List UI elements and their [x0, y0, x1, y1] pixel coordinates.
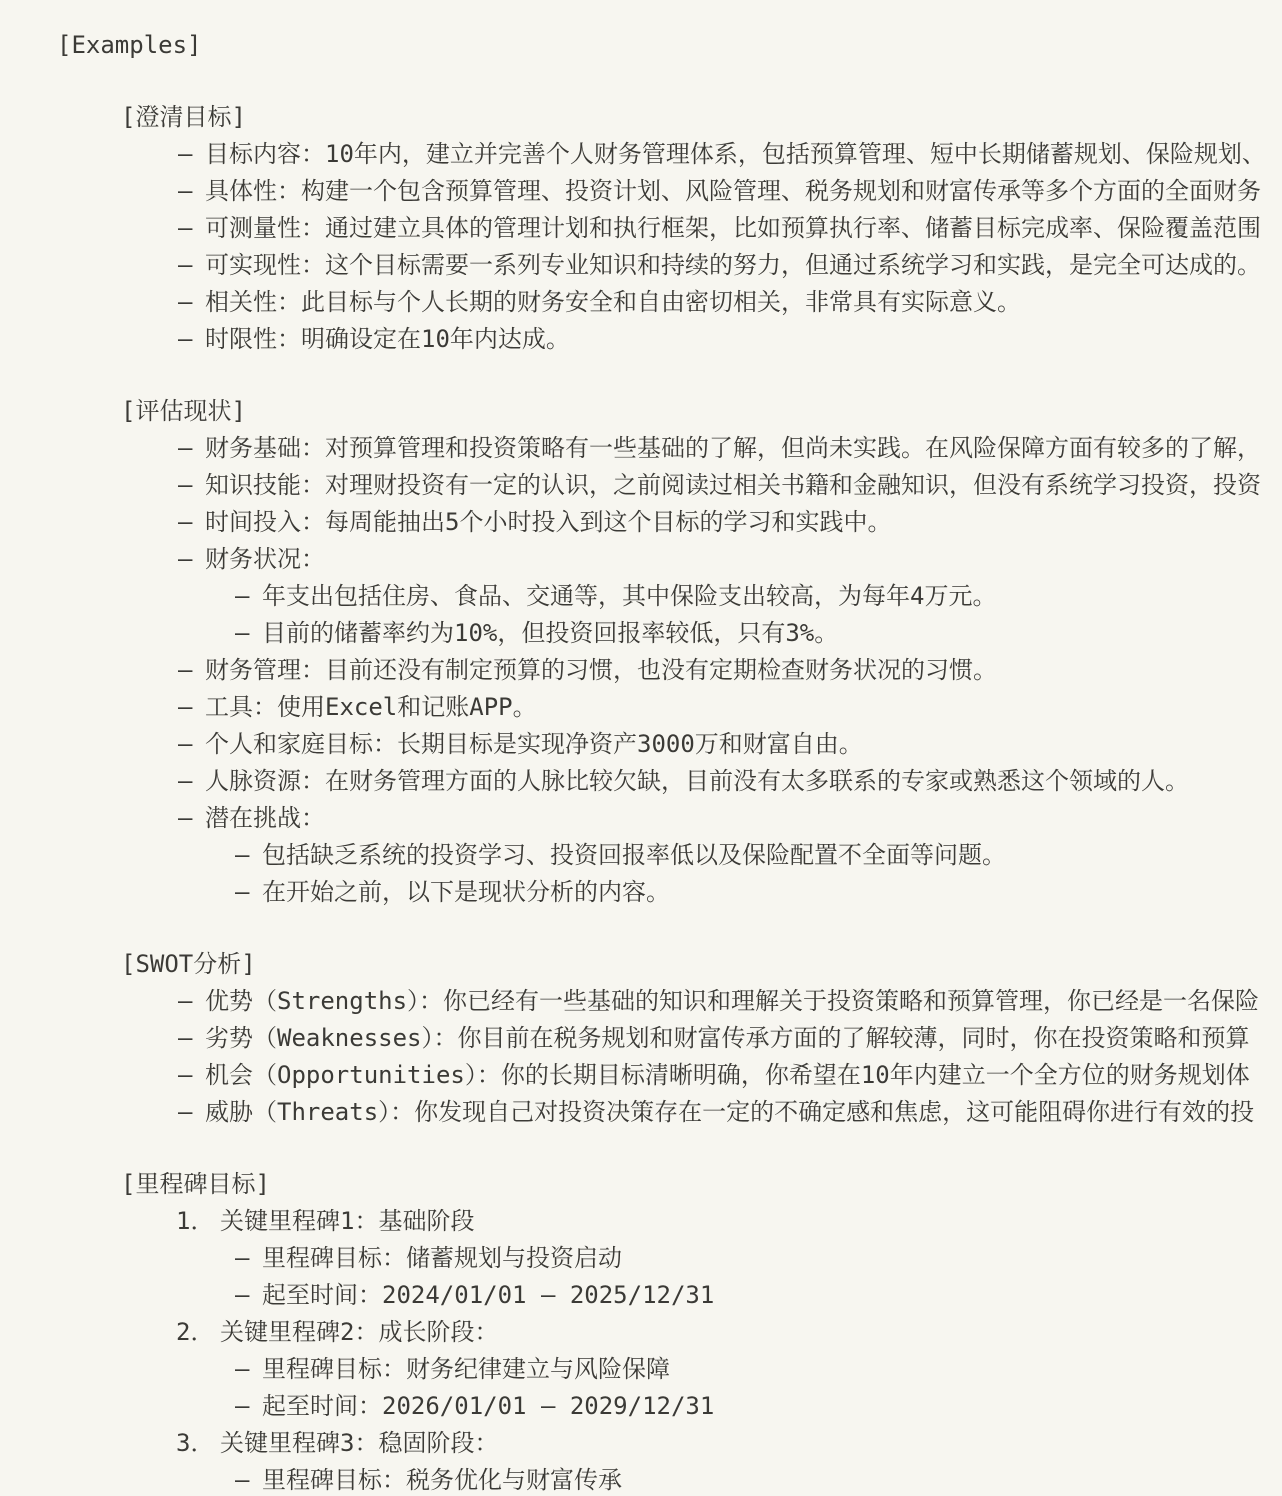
dash-bullet-marker: –: [235, 837, 262, 874]
dash-bullet-marker: –: [178, 541, 205, 578]
item-text: 财务管理：目前还没有制定预算的习惯，也没有定期检查财务状况的习惯。: [205, 652, 997, 689]
dash-bullet-marker: –: [235, 1277, 262, 1314]
bullet-item: –年支出包括住房、食品、交通等，其中保险支出较高，为每年4万元。: [0, 578, 1282, 615]
item-text: 可测量性：通过建立具体的管理计划和执行框架，比如预算执行率、储蓄目标完成率、保险…: [205, 210, 1261, 247]
dash-bullet-marker: –: [235, 1462, 262, 1496]
bullet-item: –优势（Strengths）：你已经有一些基础的知识和理解关于投资策略和预算管理…: [0, 983, 1282, 1020]
item-text: 可实现性：这个目标需要一系列专业知识和持续的努力，但通过系统学习和实践，是完全可…: [205, 247, 1261, 284]
section-heading: [里程碑目标]: [0, 1166, 1282, 1203]
item-text: 工具：使用Excel和记账APP。: [205, 689, 537, 726]
dash-bullet-marker: –: [178, 430, 205, 467]
dash-bullet-marker: –: [178, 689, 205, 726]
item-text: 财务状况：: [205, 541, 325, 578]
dash-bullet-marker: –: [178, 1057, 205, 1094]
bullet-item: –具体性：构建一个包含预算管理、投资计划、风险管理、税务规划和财富传承等多个方面…: [0, 173, 1282, 210]
dash-bullet-marker: –: [235, 1240, 262, 1277]
bullet-item: –起至时间：2024/01/01 – 2025/12/31: [0, 1277, 1282, 1314]
item-text: 目标内容：10年内，建立并完善个人财务管理体系，包括预算管理、短中长期储蓄规划、…: [205, 136, 1266, 173]
numbered-item: 3．关键里程碑3：稳固阶段：: [0, 1425, 1282, 1462]
dash-bullet-marker: –: [235, 1351, 262, 1388]
dash-bullet-marker: –: [178, 136, 205, 173]
bullet-item: –劣势（Weaknesses）：你目前在税务规划和财富传承方面的了解较薄，同时，…: [0, 1020, 1282, 1057]
bullet-item: –包括缺乏系统的投资学习、投资回报率低以及保险配置不全面等问题。: [0, 837, 1282, 874]
item-text: 目前的储蓄率约为10%，但投资回报率较低，只有3%。: [262, 615, 838, 652]
dash-bullet-marker: –: [235, 578, 262, 615]
item-text: 关键里程碑1：基础阶段: [220, 1203, 474, 1240]
item-text: 财务基础：对预算管理和投资策略有一些基础的了解，但尚未实践。在风险保障方面有较多…: [205, 430, 1261, 467]
item-text: 里程碑目标：财务纪律建立与风险保障: [262, 1351, 670, 1388]
number-marker: 1．: [176, 1203, 220, 1240]
item-text: 起至时间：2024/01/01 – 2025/12/31: [262, 1277, 714, 1314]
dash-bullet-marker: –: [178, 247, 205, 284]
item-text: 相关性：此目标与个人长期的财务安全和自由密切相关，非常具有实际意义。: [205, 284, 1021, 321]
document-sections: [澄清目标]–目标内容：10年内，建立并完善个人财务管理体系，包括预算管理、短中…: [0, 64, 1282, 1496]
item-text: 在开始之前，以下是现状分析的内容。: [262, 874, 670, 911]
item-text: 里程碑目标：储蓄规划与投资启动: [262, 1240, 622, 1277]
bullet-item: –里程碑目标：财务纪律建立与风险保障: [0, 1351, 1282, 1388]
dash-bullet-marker: –: [178, 763, 205, 800]
bullet-item: –时限性：明确设定在10年内达成。: [0, 321, 1282, 358]
item-text: 年支出包括住房、食品、交通等，其中保险支出较高，为每年4万元。: [262, 578, 996, 615]
bullet-item: –个人和家庭目标：长期目标是实现净资产3000万和财富自由。: [0, 726, 1282, 763]
item-text: 时间投入：每周能抽出5个小时投入到这个目标的学习和实践中。: [205, 504, 891, 541]
numbered-item: 2．关键里程碑2：成长阶段：: [0, 1314, 1282, 1351]
bullet-item: –时间投入：每周能抽出5个小时投入到这个目标的学习和实践中。: [0, 504, 1282, 541]
item-text: 关键里程碑3：稳固阶段：: [220, 1425, 498, 1462]
bullet-item: –里程碑目标：储蓄规划与投资启动: [0, 1240, 1282, 1277]
bullet-item: –知识技能：对理财投资有一定的认识，之前阅读过相关书籍和金融知识，但没有系统学习…: [0, 467, 1282, 504]
bullet-item: –可实现性：这个目标需要一系列专业知识和持续的努力，但通过系统学习和实践，是完全…: [0, 247, 1282, 284]
bullet-item: –相关性：此目标与个人长期的财务安全和自由密切相关，非常具有实际意义。: [0, 284, 1282, 321]
blank-line: [0, 911, 1282, 946]
number-marker: 3．: [176, 1425, 220, 1462]
bullet-item: –财务管理：目前还没有制定预算的习惯，也没有定期检查财务状况的习惯。: [0, 652, 1282, 689]
dash-bullet-marker: –: [178, 504, 205, 541]
item-text: 知识技能：对理财投资有一定的认识，之前阅读过相关书籍和金融知识，但没有系统学习投…: [205, 467, 1261, 504]
numbered-item: 1．关键里程碑1：基础阶段: [0, 1203, 1282, 1240]
section-heading: [评估现状]: [0, 393, 1282, 430]
bullet-item: –财务状况：: [0, 541, 1282, 578]
dash-bullet-marker: –: [178, 983, 205, 1020]
dash-bullet-marker: –: [178, 321, 205, 358]
bullet-item: –财务基础：对预算管理和投资策略有一些基础的了解，但尚未实践。在风险保障方面有较…: [0, 430, 1282, 467]
dash-bullet-marker: –: [235, 1388, 262, 1425]
bullet-item: –工具：使用Excel和记账APP。: [0, 689, 1282, 726]
number-marker: 2．: [176, 1314, 220, 1351]
blank-line: [0, 358, 1282, 393]
dash-bullet-marker: –: [178, 284, 205, 321]
item-text: 起至时间：2026/01/01 – 2029/12/31: [262, 1388, 714, 1425]
dash-bullet-marker: –: [178, 467, 205, 504]
dash-bullet-marker: –: [178, 1094, 205, 1131]
bullet-item: –目标内容：10年内，建立并完善个人财务管理体系，包括预算管理、短中长期储蓄规划…: [0, 136, 1282, 173]
bullet-item: –机会（Opportunities）：你的长期目标清晰明确，你希望在10年内建立…: [0, 1057, 1282, 1094]
document-title: [Examples]: [0, 27, 1282, 64]
dash-bullet-marker: –: [235, 615, 262, 652]
bullet-item: –人脉资源：在财务管理方面的人脉比较欠缺，目前没有太多联系的专家或熟悉这个领域的…: [0, 763, 1282, 800]
dash-bullet-marker: –: [178, 173, 205, 210]
item-text: 机会（Opportunities）：你的长期目标清晰明确，你希望在10年内建立一…: [205, 1057, 1250, 1094]
item-text: 人脉资源：在财务管理方面的人脉比较欠缺，目前没有太多联系的专家或熟悉这个领域的人…: [205, 763, 1189, 800]
item-text: 时限性：明确设定在10年内达成。: [205, 321, 570, 358]
item-text: 包括缺乏系统的投资学习、投资回报率低以及保险配置不全面等问题。: [262, 837, 1006, 874]
item-text: 劣势（Weaknesses）：你目前在税务规划和财富传承方面的了解较薄，同时，你…: [205, 1020, 1250, 1057]
item-text: 潜在挑战：: [205, 800, 325, 837]
bullet-item: –在开始之前，以下是现状分析的内容。: [0, 874, 1282, 911]
bullet-item: –潜在挑战：: [0, 800, 1282, 837]
bullet-item: –威胁（Threats）：你发现自己对投资决策存在一定的不确定感和焦虑，这可能阻…: [0, 1094, 1282, 1131]
document-page: [Examples] [澄清目标]–目标内容：10年内，建立并完善个人财务管理体…: [0, 0, 1282, 1496]
bullet-item: –目前的储蓄率约为10%，但投资回报率较低，只有3%。: [0, 615, 1282, 652]
dash-bullet-marker: –: [178, 210, 205, 247]
dash-bullet-marker: –: [178, 652, 205, 689]
dash-bullet-marker: –: [178, 1020, 205, 1057]
item-text: 里程碑目标：税务优化与财富传承: [262, 1462, 622, 1496]
dash-bullet-marker: –: [178, 726, 205, 763]
section-heading: [SWOT分析]: [0, 946, 1282, 983]
item-text: 威胁（Threats）：你发现自己对投资决策存在一定的不确定感和焦虑，这可能阻碍…: [205, 1094, 1254, 1131]
section-heading: [澄清目标]: [0, 99, 1282, 136]
item-text: 个人和家庭目标：长期目标是实现净资产3000万和财富自由。: [205, 726, 863, 763]
dash-bullet-marker: –: [178, 800, 205, 837]
item-text: 关键里程碑2：成长阶段：: [220, 1314, 498, 1351]
item-text: 优势（Strengths）：你已经有一些基础的知识和理解关于投资策略和预算管理，…: [205, 983, 1259, 1020]
bullet-item: –可测量性：通过建立具体的管理计划和执行框架，比如预算执行率、储蓄目标完成率、保…: [0, 210, 1282, 247]
blank-line: [0, 1131, 1282, 1166]
bullet-item: –里程碑目标：税务优化与财富传承: [0, 1462, 1282, 1496]
item-text: 具体性：构建一个包含预算管理、投资计划、风险管理、税务规划和财富传承等多个方面的…: [205, 173, 1261, 210]
bullet-item: –起至时间：2026/01/01 – 2029/12/31: [0, 1388, 1282, 1425]
dash-bullet-marker: –: [235, 874, 262, 911]
blank-line: [0, 64, 1282, 99]
